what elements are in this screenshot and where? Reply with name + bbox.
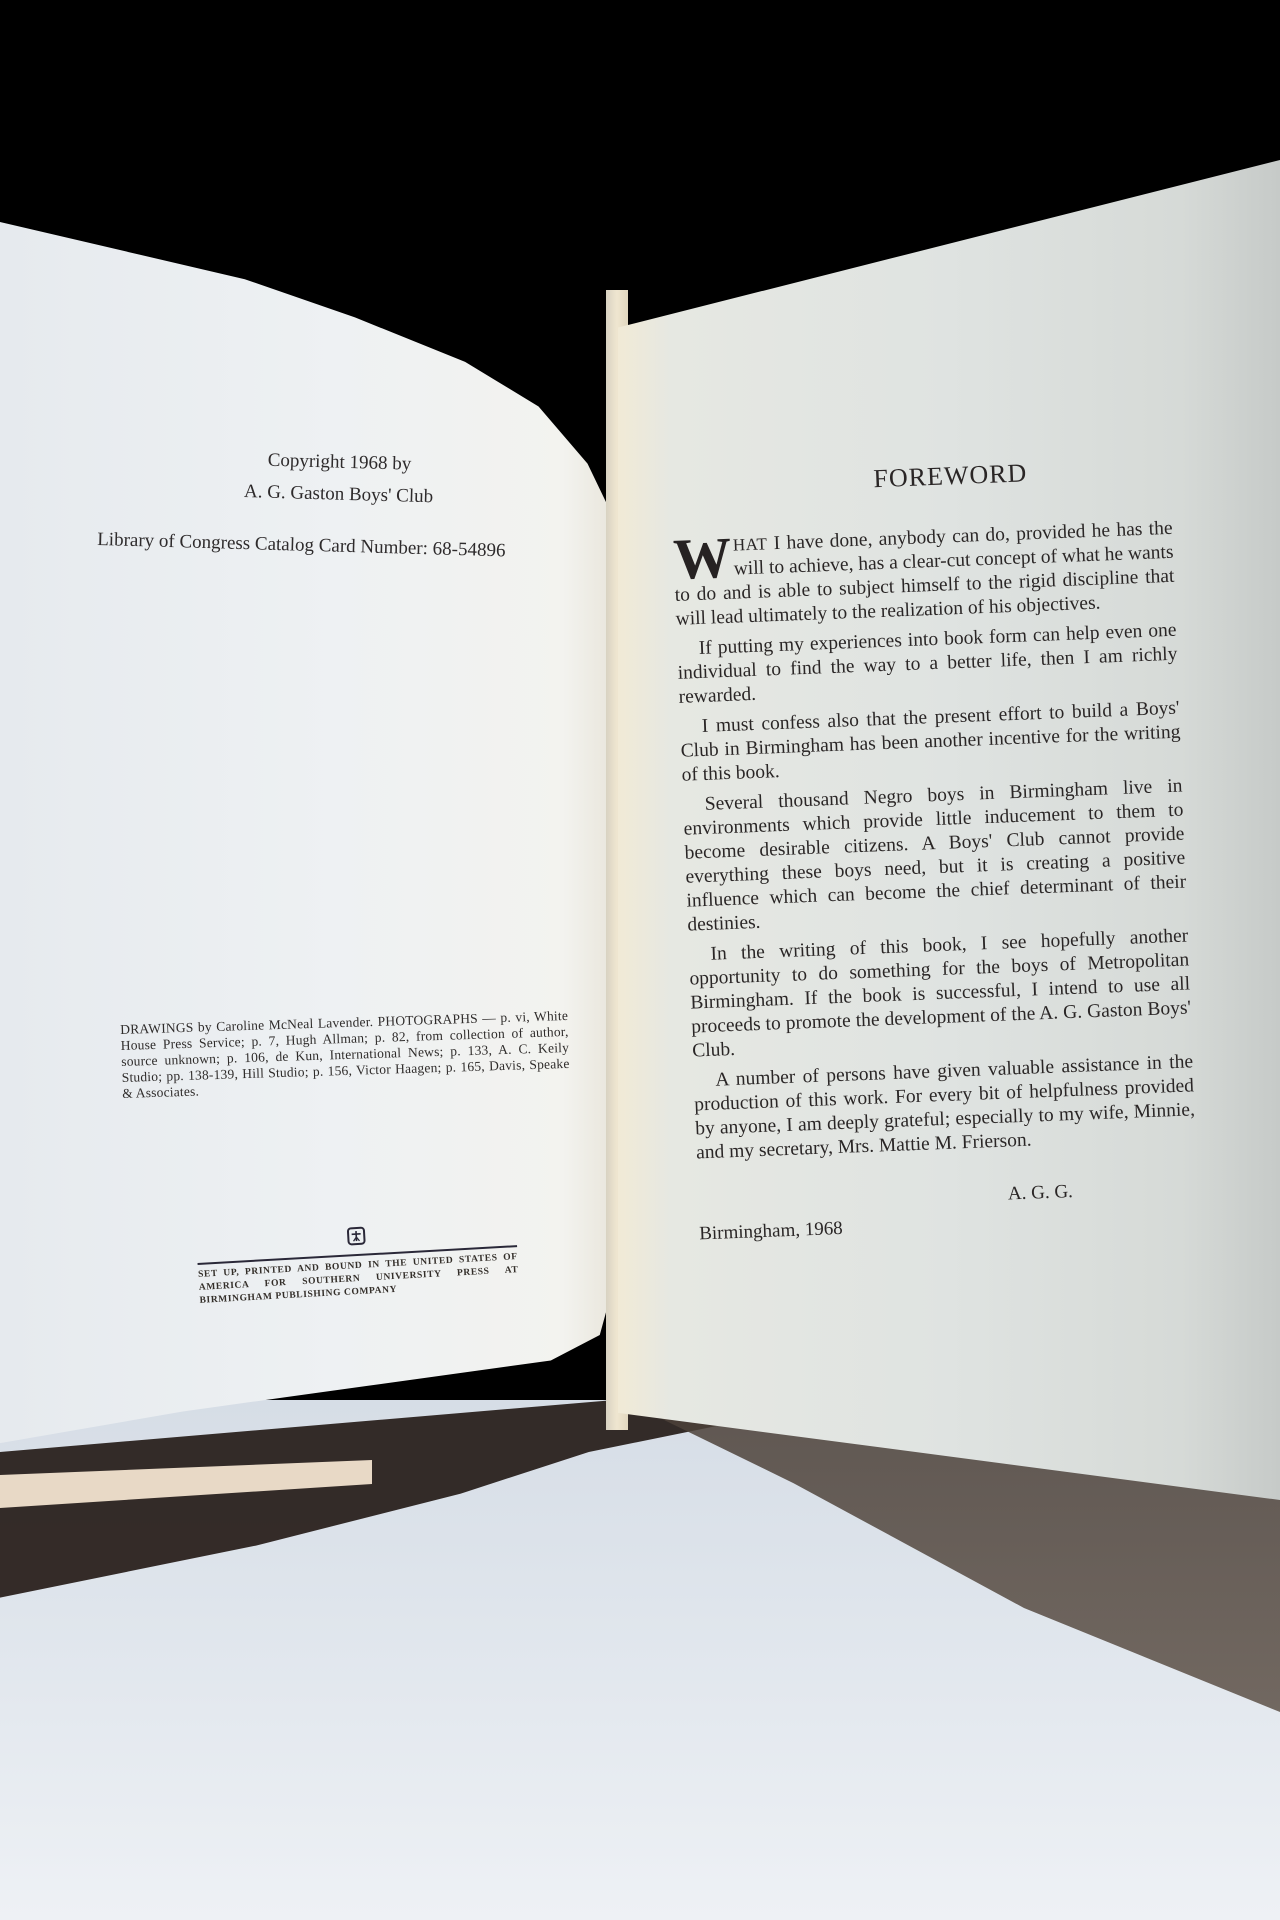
illustration-credits: DRAWINGS by Caroline McNeal Lavender. PH… — [120, 1008, 570, 1102]
foreword-paragraph: If putting my experiences into book form… — [676, 619, 1178, 710]
foreword-paragraph: Several thousand Negro boys in Birmingha… — [682, 775, 1187, 938]
drop-cap: W — [673, 536, 733, 582]
foreword-paragraph: In the writing of this book, I see hopef… — [688, 924, 1192, 1063]
copyright-notice: Copyright 1968 by A. G. Gaston Boys' Clu… — [97, 440, 580, 569]
foreword-paragraph: A number of persons have given valuable … — [693, 1050, 1196, 1165]
left-page — [0, 222, 612, 1494]
foreword-section: FOREWORD WHAT I have done, anybody can d… — [670, 453, 1199, 1246]
book-photo-scene: Copyright 1968 by A. G. Gaston Boys' Clu… — [0, 0, 1280, 1920]
author-initials: A. G. G. — [1008, 1181, 1074, 1205]
foreword-paragraph: WHAT I have done, anybody can do, provid… — [672, 517, 1175, 632]
foreword-paragraph: I must confess also that the present eff… — [679, 697, 1181, 788]
foreword-body: WHAT I have done, anybody can do, provid… — [672, 517, 1196, 1166]
small-caps-lead: HAT — [732, 534, 767, 554]
publisher-emblem-icon — [347, 1227, 366, 1246]
